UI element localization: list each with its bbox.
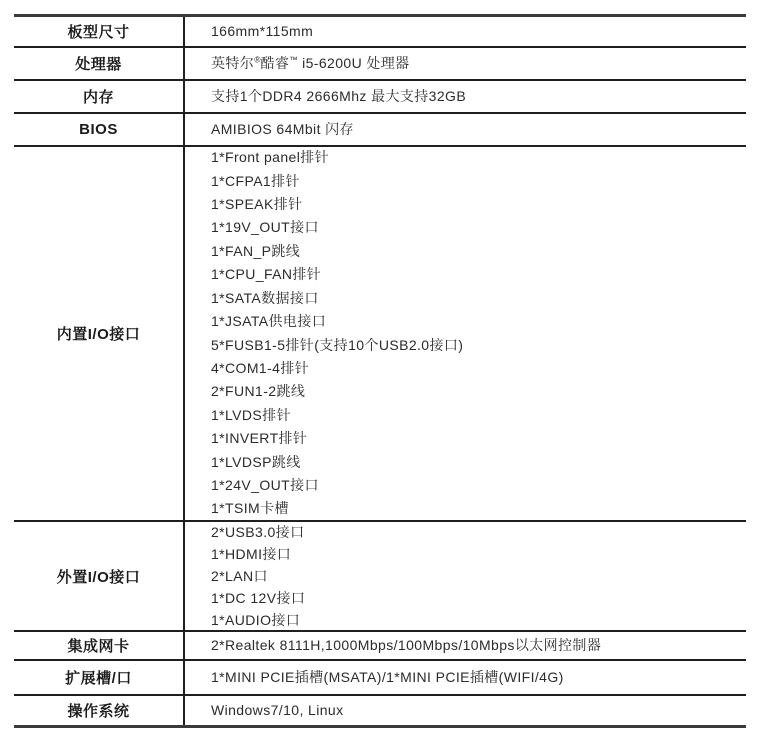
board-size-label: 板型尺寸 xyxy=(14,17,185,46)
row-board-size: 板型尺寸 166mm*115mm xyxy=(14,17,746,48)
external-io-item: 1*DC 12V接口 xyxy=(211,587,746,609)
bios-value-cell: AMIBIOS 64Mbit 闪存 xyxy=(185,114,746,145)
internal-io-value-cell: 1*Front panel排针 1*CFPA1排针 1*SPEAK排针 1*19… xyxy=(185,147,746,520)
row-os: 操作系统 Windows7/10, Linux xyxy=(14,696,746,725)
internal-io-item: 1*SATA数据接口 xyxy=(211,287,746,310)
board-size-value: 166mm*115mm xyxy=(211,20,746,43)
os-value-cell: Windows7/10, Linux xyxy=(185,696,746,725)
external-io-item: 1*HDMI接口 xyxy=(211,543,746,565)
row-processor: 处理器 英特尔®酷睿™ i5-6200U 处理器 xyxy=(14,48,746,81)
bios-label: BIOS xyxy=(14,114,185,145)
trademark-mark: ™ xyxy=(289,54,298,64)
processor-family: 酷睿 xyxy=(260,55,289,71)
internal-io-item: 5*FUSB1-5排针(支持10个USB2.0接口) xyxy=(211,334,746,357)
internal-io-item: 1*FAN_P跳线 xyxy=(211,240,746,263)
processor-value-cell: 英特尔®酷睿™ i5-6200U 处理器 xyxy=(185,48,746,79)
spec-table: 板型尺寸 166mm*115mm 处理器 英特尔®酷睿™ i5-6200U 处理… xyxy=(14,14,746,728)
ethernet-label: 集成网卡 xyxy=(14,632,185,659)
internal-io-item: 1*Front panel排针 xyxy=(211,146,746,169)
row-ethernet: 集成网卡 2*Realtek 8111H,1000Mbps/100Mbps/10… xyxy=(14,632,746,661)
internal-io-item: 1*19V_OUT接口 xyxy=(211,216,746,239)
processor-model: i5-6200U 处理器 xyxy=(298,55,410,71)
external-io-item: 2*USB3.0接口 xyxy=(211,521,746,543)
row-memory: 内存 支持1个DDR4 2666Mhz 最大支持32GB xyxy=(14,81,746,114)
memory-value-cell: 支持1个DDR4 2666Mhz 最大支持32GB xyxy=(185,81,746,112)
external-io-label: 外置I/O接口 xyxy=(14,522,185,630)
expansion-value: 1*MINI PCIE插槽(MSATA)/1*MINI PCIE插槽(WIFI/… xyxy=(211,666,746,689)
os-value: Windows7/10, Linux xyxy=(211,699,746,722)
ethernet-value-cell: 2*Realtek 8111H,1000Mbps/100Mbps/10Mbps以… xyxy=(185,632,746,659)
processor-brand: 英特尔 xyxy=(211,55,254,71)
internal-io-item: 1*TSIM卡槽 xyxy=(211,497,746,520)
bios-value: AMIBIOS 64Mbit 闪存 xyxy=(211,118,746,141)
row-expansion: 扩展槽/口 1*MINI PCIE插槽(MSATA)/1*MINI PCIE插槽… xyxy=(14,661,746,696)
external-io-value-cell: 2*USB3.0接口 1*HDMI接口 2*LAN口 1*DC 12V接口 1*… xyxy=(185,522,746,630)
internal-io-label: 内置I/O接口 xyxy=(14,147,185,520)
memory-label: 内存 xyxy=(14,81,185,112)
external-io-item: 2*LAN口 xyxy=(211,565,746,587)
internal-io-item: 1*24V_OUT接口 xyxy=(211,474,746,497)
internal-io-item: 1*JSATA供电接口 xyxy=(211,310,746,333)
memory-value: 支持1个DDR4 2666Mhz 最大支持32GB xyxy=(211,85,746,108)
internal-io-item: 1*CPU_FAN排针 xyxy=(211,263,746,286)
internal-io-item: 1*CFPA1排针 xyxy=(211,170,746,193)
row-external-io: 外置I/O接口 2*USB3.0接口 1*HDMI接口 2*LAN口 1*DC … xyxy=(14,522,746,632)
processor-value: 英特尔®酷睿™ i5-6200U 处理器 xyxy=(211,52,746,75)
expansion-value-cell: 1*MINI PCIE插槽(MSATA)/1*MINI PCIE插槽(WIFI/… xyxy=(185,661,746,694)
internal-io-item: 1*INVERT排针 xyxy=(211,427,746,450)
os-label: 操作系统 xyxy=(14,696,185,725)
board-size-value-cell: 166mm*115mm xyxy=(185,17,746,46)
external-io-item: 1*AUDIO接口 xyxy=(211,609,746,631)
internal-io-item: 1*LVDS排针 xyxy=(211,404,746,427)
processor-label: 处理器 xyxy=(14,48,185,79)
internal-io-item: 1*SPEAK排针 xyxy=(211,193,746,216)
row-internal-io: 内置I/O接口 1*Front panel排针 1*CFPA1排针 1*SPEA… xyxy=(14,147,746,522)
expansion-label: 扩展槽/口 xyxy=(14,661,185,694)
internal-io-item: 4*COM1-4排针 xyxy=(211,357,746,380)
internal-io-item: 1*LVDSP跳线 xyxy=(211,451,746,474)
row-bios: BIOS AMIBIOS 64Mbit 闪存 xyxy=(14,114,746,147)
ethernet-value: 2*Realtek 8111H,1000Mbps/100Mbps/10Mbps以… xyxy=(211,634,746,657)
internal-io-item: 2*FUN1-2跳线 xyxy=(211,380,746,403)
